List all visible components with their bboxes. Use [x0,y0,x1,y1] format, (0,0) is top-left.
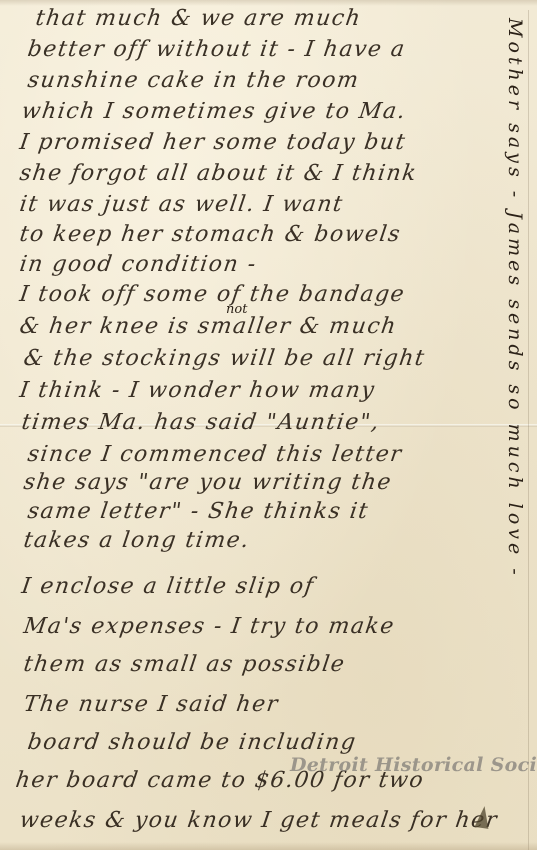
letter-line-19: I enclose a little slip of [20,574,316,599]
letter-line-4: which I sometimes give to Ma. [20,99,408,124]
letter-line-3: sunshine cake in the room [26,68,361,93]
letter-line-8: to keep her stomach & bowels [18,222,403,247]
letter-line-22: The nurse I said her [22,692,280,717]
letter-line-15: since I commenced this letter [26,442,404,467]
letter-line-5: I promised her some today but [18,130,408,155]
letter-line-18: takes a long time. [22,528,251,553]
letter-line-11: & her knee is smaller & much [18,314,399,339]
letter-line-23: board should be including [26,730,358,755]
letter-line-14: times Ma. has said "Auntie", [20,410,382,435]
letter-line-25: weeks & you know I get meals for her [18,808,500,833]
letter-line-21: them as small as possible [22,652,347,677]
letter-line-12: & the stockings will be all right [22,346,427,371]
margin-rule [528,10,529,850]
letter-line-7: it was just as well. I want [18,192,345,217]
letter-line-1: that much & we are much [34,6,363,31]
vertical-margin-note: Mother says - James sends so much love - [502,18,526,778]
letter-line-6: she forgot all about it & I think [18,161,419,186]
page-bottom-edge [0,842,537,850]
letter-line-13: I think - I wonder how many [18,378,377,403]
letter-line-16: she says "are you writing the [22,470,394,495]
letter-line-20: Ma's expenses - I try to make [22,614,397,639]
letter-line-2: better off without it - I have a [26,37,407,62]
letter-line-9: in good condition - [18,252,258,277]
watermark: Detroit Historical Society [290,754,537,776]
letter-line-17: same letter" - She thinks it [26,499,371,524]
letter-page: that much & we are much better off witho… [0,0,537,850]
letter-line-10: I took off some of the bandage [18,282,407,307]
